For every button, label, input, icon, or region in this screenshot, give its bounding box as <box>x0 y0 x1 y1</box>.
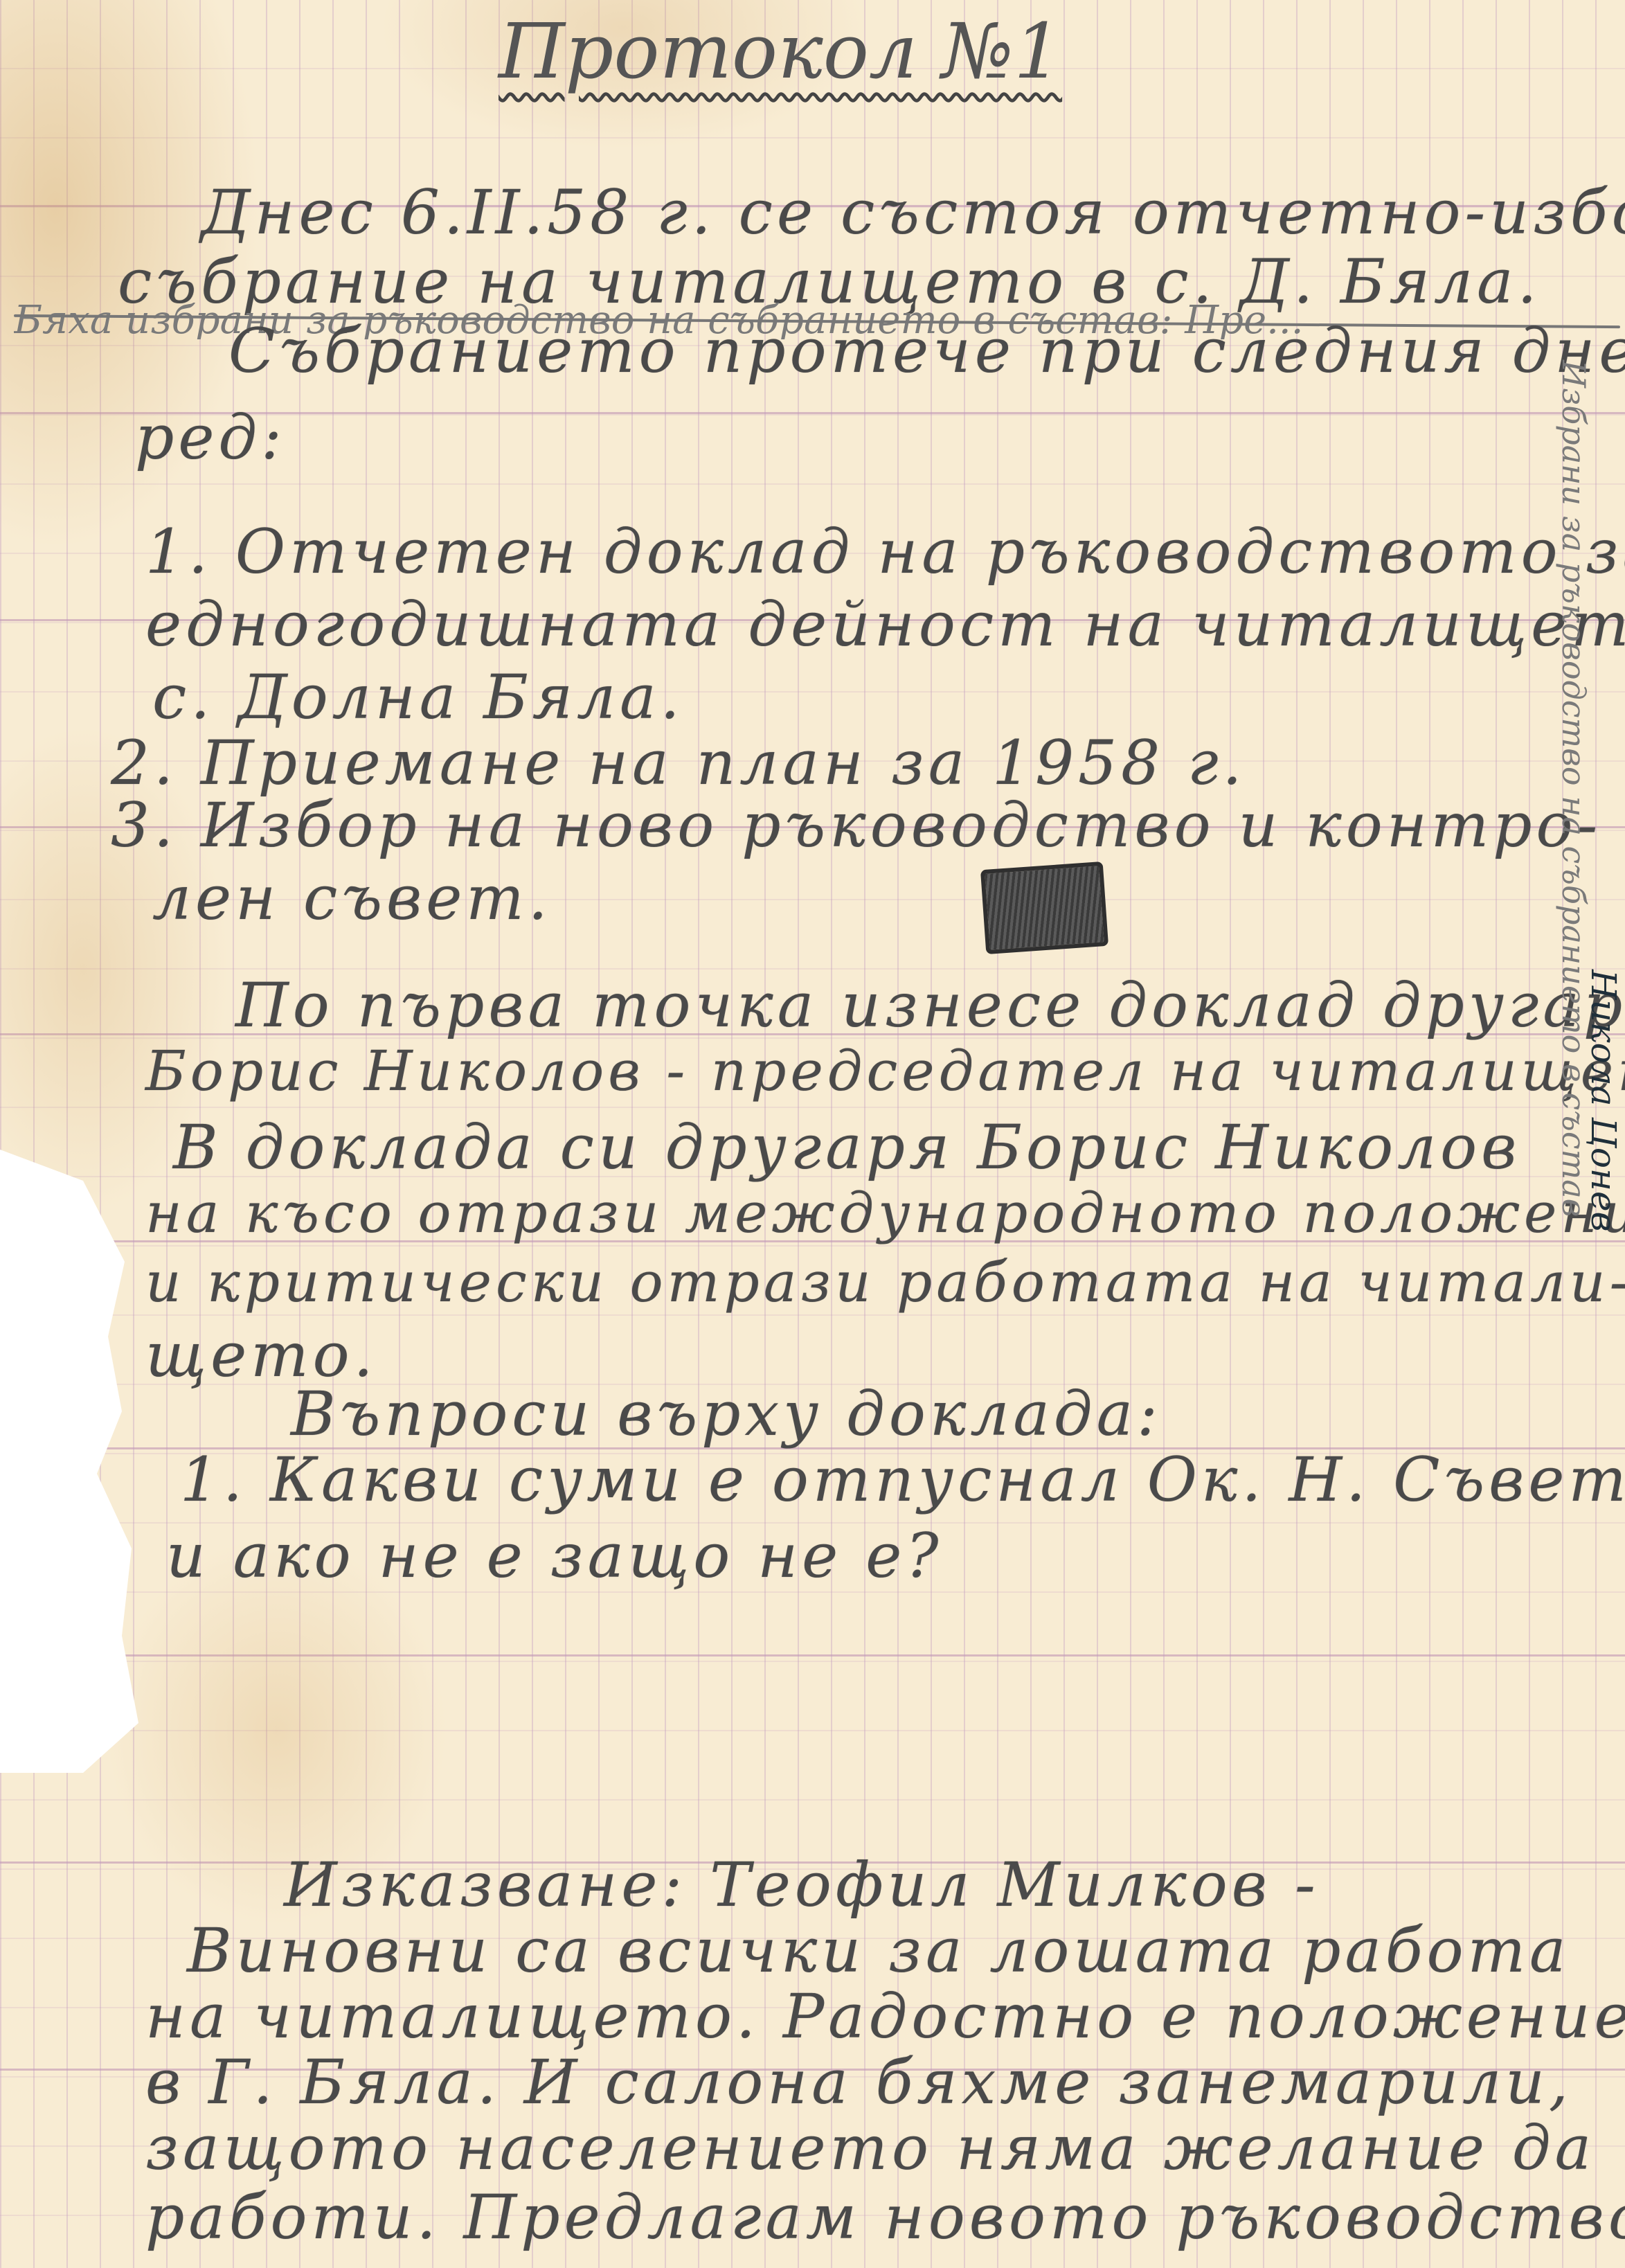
text-line: Виновни са всички за лошата работа <box>187 1915 1570 1986</box>
text-line: защото населението няма желание да <box>145 2112 1595 2184</box>
question-item: 1. Какви суми е отпуснал Ок. Н. Съвет <box>180 1444 1625 1515</box>
text-line: Събранието протече при следния дневен <box>228 315 1625 386</box>
text-line: в Г. Бяла. И салона бяхме занемарили, <box>145 2046 1572 2118</box>
agenda-item: с. Долна Бяла. <box>152 661 684 733</box>
text-line: на читалището. Радостно е положението <box>145 1981 1625 2052</box>
text-line: Борис Николов - председател на читалищет… <box>145 1039 1625 1103</box>
agenda-item: 3. Избор на ново ръководство и контро- <box>111 789 1601 861</box>
section-heading: Въпроси върху доклада: <box>291 1378 1162 1449</box>
text-line: и критически отрази работата на читали- <box>145 1250 1625 1314</box>
text-line: В доклада си другаря Борис Николов <box>173 1111 1520 1183</box>
text-line: По първа точка изнесе доклад другаря <box>235 970 1625 1041</box>
text-line: Днес 6.II.58 г. се състоя отчетно-изборн… <box>201 177 1625 248</box>
pencil-scribble <box>980 861 1108 954</box>
question-item: и ако не е защо не е? <box>166 1520 942 1591</box>
speaker-heading: Изказване: Теофил Милков - <box>284 1849 1320 1920</box>
text-line: на късо отрази международното положение <box>145 1181 1625 1245</box>
margin-signature: Никола Цонев <box>1583 970 1624 1232</box>
agenda-item: едногодишната дейност на читалището <box>145 589 1625 660</box>
agenda-item: 1. Отчетен доклад на ръководството за <box>145 516 1625 587</box>
agenda-item: лен съвет. <box>152 862 552 934</box>
agenda-item: 2. Приемане на план за 1958 г. <box>111 727 1246 798</box>
document-title: Протокол №1 <box>499 7 1062 96</box>
text-line: работи. Предлагам новото ръководство <box>145 2181 1625 2253</box>
text-line: ред: <box>135 402 286 473</box>
